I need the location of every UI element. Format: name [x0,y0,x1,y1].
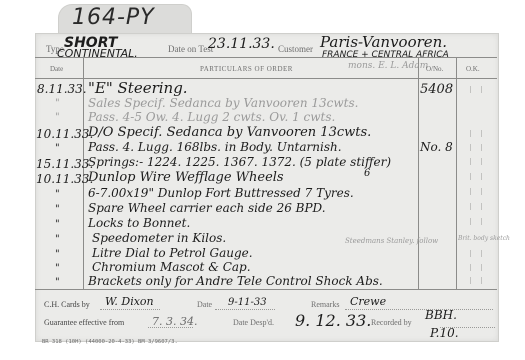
col-order-no: O/No. [426,65,443,73]
row-particulars: Dunlop Wire Wefflage Wheels [88,170,284,185]
row-particulars: Spare Wheel carrier each side 26 BPD. [88,201,326,215]
customer-value: Paris-Vanvooren. [320,33,447,51]
col-ok: O.K. [466,65,480,73]
row-date: " [55,234,60,245]
order-column-divider [418,57,419,289]
ok-tick-mark [470,173,482,180]
row-particulars: Sales Specif. Sedanca by Vanvooren 13cwt… [88,96,358,110]
ch-cards-value: W. Dixon [105,295,154,308]
date-value: 9-11-33 [228,297,267,308]
ok-tick-mark [470,218,482,225]
row-particulars: "E" Steering. [88,79,188,97]
date-field-line [215,309,275,310]
row-date: 15.11.33. [36,157,93,171]
chassis-number: 164-PY [72,5,155,30]
ok-tick-mark [470,144,482,151]
date-desp-value: 9. 12. 33. [295,311,371,330]
ok-tick-mark [470,277,482,284]
row-date: " [55,204,60,215]
row-date: " [55,98,60,109]
header-top-rule [35,57,497,58]
guarantee-value: 7. 3. 34. [152,315,197,328]
row-date: " [55,219,60,230]
ok-tick-mark [470,158,482,165]
ok-column-divider [456,57,457,289]
row-order-no: 6 [364,168,370,179]
recorded-by-value-line2: P.10. [430,326,459,340]
recorded-by-value: BBH. [425,308,457,322]
row-particulars: Pass. 4. Lugg. 168lbs. in Body. Untarnis… [88,140,342,154]
ok-tick-mark [470,203,482,210]
row-particulars: Locks to Bonnet. [88,216,190,230]
date-on-test-label: Date on Test [168,44,213,54]
table-bottom-rule [35,289,497,290]
remarks-label: Remarks [311,300,339,309]
customer-label: Customer [278,44,313,54]
row-date: " [55,189,60,200]
recorded-by-label: Recorded by [371,318,412,327]
ch-cards-label: C.H. Cards by [44,300,90,309]
remarks-value: Crewe [350,295,386,308]
customer-note: mons. E. L. Adam [348,61,428,71]
row-particulars: 6-7.00x19" Dunlop Fort Buttressed 7 Tyre… [88,186,354,200]
remarks-field-line [345,309,493,310]
row-particulars: Chromium Mascot & Cap. [92,260,251,274]
row-order-no: No. 8 [420,140,453,154]
row-particulars: Brackets only for Andre Tele Control Sho… [88,274,383,288]
ok-tick-mark [470,86,482,93]
row-date: " [55,277,60,288]
row-particulars: D/O Specif. Sedanca by Vanvooren 13cwts. [88,125,371,140]
row-order-no: 5408 [420,82,453,97]
date-on-test-value: 23.11.33. [208,36,275,52]
row-date: " [55,143,60,154]
faint-annotation: Steedmans Stanley. follow [345,237,438,245]
row-particulars: Litre Dial to Petrol Gauge. [92,246,253,260]
row-date: 10.11.33. [36,127,93,141]
form-code: BR 318 (10H) (44000-20-4-33) BM 3/9607/3… [42,339,178,345]
ok-tick-mark [470,250,482,257]
row-particulars: Springs:- 1224. 1225. 1367. 1372. (5 pla… [88,155,391,169]
customer-region: FRANCE + CENTRAL AFRICA [322,50,449,60]
row-date: 10.11.33. [36,172,93,186]
ok-tick-mark [470,264,482,271]
date-desp-label: Date Desp'd. [233,318,274,327]
row-date: 8.11.33. [37,82,87,96]
row-date: " [55,249,60,260]
type-value-line2: CONTINENTAL. [57,47,138,60]
row-particulars: Pass. 4-5 Ow. 4. Lugg 2 cwts. Ov. 1 cwts… [88,110,335,124]
row-particulars: Speedometer in Kilos. [92,231,226,245]
col-particulars: PARTICULARS OF ORDER [200,65,293,73]
ch-cards-field-line [100,309,160,310]
col-date: Date [50,65,63,73]
ok-tick-mark [470,130,482,137]
faint-ok-note: Brit. body sketch [458,235,510,242]
row-date: " [55,112,60,123]
ok-tick-mark [470,188,482,195]
date-label: Date [197,300,212,309]
guarantee-label: Guarantee effective from [44,318,124,327]
row-date: " [55,263,60,274]
